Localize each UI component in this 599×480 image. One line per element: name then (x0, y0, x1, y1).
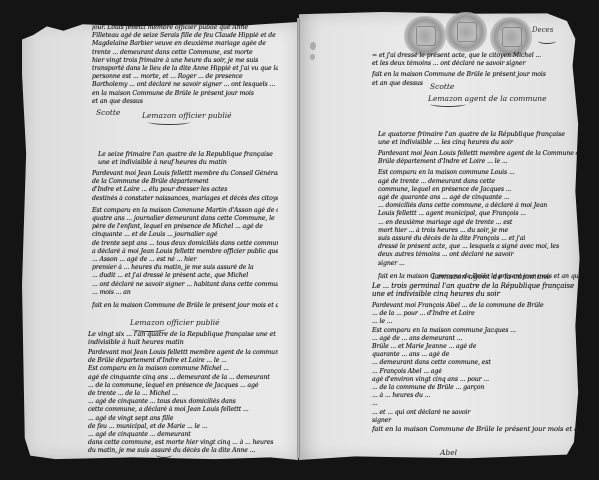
text-line: ... (372, 400, 578, 408)
text-line: du matin, je me suis assuré du décès de … (88, 447, 278, 455)
text-line: ... agé de ... ans demeurant ... (372, 335, 578, 343)
text-line: de trente sept ans ... tous deux domicil… (92, 240, 278, 248)
text-line: ... François Abel ... agé (372, 368, 578, 376)
text-line: quarante ... ans ... agé de (372, 351, 578, 359)
text-line: fait en la maison Commune de Brûle le pr… (372, 71, 578, 79)
book-gutter (297, 18, 300, 458)
text-line: signer (372, 417, 578, 425)
text-line: et an que dessus (92, 98, 278, 106)
text-line: Est comparu en la maison Commune Martin … (92, 207, 278, 215)
text-line: Est comparu en la maison commune Jacques… (372, 327, 578, 335)
text-line: ... de la commune de Brûle ... garçon (372, 384, 578, 392)
signature: Lemazon agent de la commune (432, 272, 551, 281)
text-line: Magdelaine Barbier veuve en deuxième mar… (92, 40, 278, 48)
entry-heading-line: une et indivisible ... les cinq heures d… (378, 138, 578, 146)
text-line: Pardevant moi François Abel ... de la co… (372, 302, 578, 310)
right-entry-bottom: Pardevant moi François Abel ... de la co… (372, 302, 578, 433)
right-entry-middle-heading: Le quatorze frimaire l'an quatre de la R… (378, 130, 578, 146)
right-entry-bottom-heading: Le ... trois germinal l'an quatre de la … (372, 282, 578, 298)
text-line: ... domiciliés dans cette commune, a déc… (378, 202, 578, 210)
text-line: ... à ... heures du ... (372, 392, 578, 400)
left-entry-bottom: Pardevant moi Jean Louis fellettt membre… (88, 349, 278, 456)
left-entry-bottom-heading: Le vingt six ... l'an quatre de la Repub… (88, 330, 278, 346)
text-line: ... de la ... pour ... d'Indre et Loire (372, 310, 578, 318)
text-line: suis assuré du décès de la dite François… (378, 235, 578, 243)
text-line: de feu ... municipal, et de Marie ... le… (88, 423, 278, 431)
signature-flourish (430, 101, 466, 107)
margin-annotation: Deces (532, 26, 553, 34)
text-line: ... Asson ... agé de ... est né ... hier (92, 256, 278, 264)
text-line: agé de quarante ans ... agé de cinquante… (378, 194, 578, 202)
text-line: Brûle département d'Indre et Loire ... l… (378, 158, 578, 166)
stamp-seal (404, 16, 446, 56)
text-line: cinquante ... et de Louis ... journalier… (92, 231, 278, 239)
ink-stain (310, 42, 316, 50)
text-line: cette commune, a déclaré à moi Jean Loui… (88, 406, 278, 414)
entry-heading-line: Le vingt six ... l'an quatre de la Repub… (88, 330, 278, 338)
text-line: = et j'ai dressé le présent acte, que le… (372, 52, 578, 60)
text-line: hier vingt trois frimaire à une heure du… (92, 57, 278, 65)
signature-flourish (156, 452, 172, 458)
closing-line: fait en la maison Commune de Brûle le pr… (372, 425, 578, 433)
text-line: quatre ans ... journalier demeurant dans… (92, 215, 278, 223)
text-line: a déclaré à moi Jean Louis fellettt memb… (92, 248, 278, 256)
text-line: trente ... demeurant dans cette Commune,… (92, 49, 278, 57)
text-line: en la maison Commune de Brûle le présent… (92, 90, 278, 98)
text-line: ... ont déclaré ne savoir signer ... hab… (92, 281, 278, 289)
text-line: Est comparu en la maison commune Louis .… (378, 169, 578, 177)
signature: Abel (440, 448, 457, 457)
text-line: Pardevant moi Jean Louis fellettt membre… (92, 170, 278, 178)
text-line: premier à ... heures du matin, je me sui… (92, 264, 278, 272)
entry-heading-line: une et indivisible cinq heures du soir (372, 290, 578, 298)
text-line: transporté dans le lieu de la dite Anne … (92, 65, 278, 73)
text-line: ... dudit ... et j'ai dressé le présent … (92, 272, 278, 280)
text-line: ... le ... (372, 318, 578, 326)
text-line: deux autres témoins ... ont déclaré ne s… (378, 251, 578, 259)
text-line: agé de trente ... demeurant dans cette (378, 178, 578, 186)
text-line: Bartholemy ... ont déclaré ne savoir sig… (92, 81, 278, 89)
text-line: ... demeurant dans cette commune, est (372, 359, 578, 367)
text-line: ... et ... qui ont déclaré ne savoir (372, 409, 578, 417)
text-line: ... agé de vingt sept ans fille (88, 415, 278, 423)
text-line: Filleteau agé de seize Serais fille de f… (92, 32, 278, 40)
text-line: ... de la commune, lequel en présence de… (88, 382, 278, 390)
text-line: et an que dessus (372, 80, 578, 88)
text-line: agé d'environ vingt cinq ans ... pour ..… (372, 376, 578, 384)
text-line: Brûle ... et Marie Jeanne ... agé de (372, 343, 578, 351)
text-line: ... mois ... an (92, 289, 278, 297)
ink-stain (310, 54, 315, 60)
right-entry-middle: Pardevant moi Jean Louis fellettt membre… (378, 150, 578, 281)
text-line: commune, lequel en présence de Jacques .… (378, 186, 578, 194)
text-line: et les deux témoins ... ont déclaré ne s… (372, 60, 578, 68)
text-line: personne est ... morte, et ... Roger ...… (92, 73, 278, 81)
text-line: mort hier ... à trois heures ... du soir… (378, 227, 578, 235)
closing-line: fait en la maison Commune de Brûle le pr… (92, 302, 278, 310)
text-line: Louis fellettt ... agent municipal, que … (378, 210, 578, 218)
entry-heading-line: une et indivisible à neuf heures du mati… (98, 158, 278, 166)
text-line: Pardevant moi Jean Louis fellettt membre… (88, 349, 278, 357)
stamp-seal (490, 17, 532, 57)
left-entry-top: jour. Louis fellettt membre officier pub… (92, 24, 278, 106)
text-line: d'Indre et Loire ... élu pour dresser le… (92, 186, 278, 194)
text-line: de trente ... de la ... Michel ... (88, 390, 278, 398)
text-line: signer ... (378, 260, 578, 268)
closing-word: Scotte (96, 108, 120, 117)
right-entry-top: = et j'ai dressé le présent acte, que le… (372, 52, 578, 88)
text-line: agé de cinquante cinq ans ... demeurant … (88, 374, 278, 382)
text-line: ... agé de cinquante ... tous deux domic… (88, 398, 278, 406)
left-entry-middle-heading: Le seize frimaire l'an quatre de la Repu… (98, 150, 278, 166)
entry-heading-line: indivisible à huit heures matin (88, 338, 278, 346)
text-line: de Brûle département d'Indre et Loire ..… (88, 357, 278, 365)
text-line: Pardevant moi Jean Louis fellettt membre… (378, 150, 578, 158)
text-line: père de l'enfant, lequel en présence de … (92, 223, 278, 231)
text-line: ... en deuxième mariage agé de trente ..… (378, 219, 578, 227)
closing-word: Scotte (430, 82, 454, 91)
text-line: de la Commune de Brûle département (92, 178, 278, 186)
text-line: jour. Louis fellettt membre officier pub… (92, 24, 278, 32)
text-line: Est comparu en la maison commune Michel … (88, 365, 278, 373)
entry-heading-line: Le ... trois germinal l'an quatre de la … (372, 282, 578, 290)
entry-heading-line: Le quatorze frimaire l'an quatre de la R… (378, 130, 578, 138)
stamp-seal (445, 12, 487, 52)
left-entry-middle: Pardevant moi Jean Louis fellettt membre… (92, 170, 278, 310)
text-line: ... agé de cinquante ... demeurant (88, 431, 278, 439)
entry-heading-line: Le seize frimaire l'an quatre de la Repu… (98, 150, 278, 158)
text-line: destinés à constater naissances, mariage… (92, 195, 278, 203)
text-line: dressé le présent acte, que ... lesquels… (378, 243, 578, 251)
annotation-flourish (538, 38, 556, 44)
text-line: dans cette commune, est morte hier vingt… (88, 439, 278, 447)
signature-flourish (148, 119, 190, 125)
